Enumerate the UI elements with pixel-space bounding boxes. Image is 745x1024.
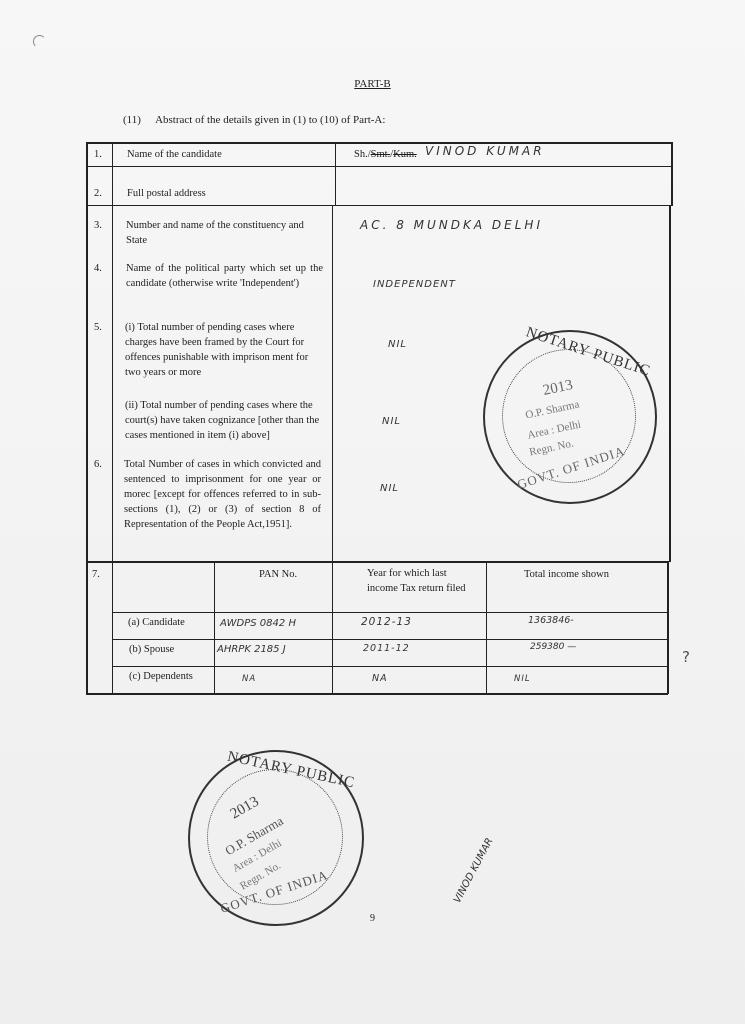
honorific-sh: Sh./ [354, 149, 371, 160]
row-number: 4. [94, 261, 102, 276]
constituency-value: AC. 8 MUNDKA DELHI [360, 218, 543, 232]
convictions-label: Total Number of cases in which convicted… [124, 457, 321, 532]
document-page: PART-B (11) Abstract of the details give… [0, 0, 745, 1024]
honorific-prefix: Sh./Smt./Kum. [354, 147, 417, 162]
candidate-signature: VINOD KUMAR [452, 836, 496, 905]
spouse-tax-year: 2011-12 [363, 643, 410, 654]
margin-question-mark: ? [682, 648, 690, 666]
dependents-row-label: (c) Dependents [129, 669, 193, 684]
row-number: 3. [94, 218, 102, 233]
convictions-value: NIL [380, 483, 399, 494]
constituency-label: Number and name of the constituency and … [126, 218, 326, 248]
notary-stamp: NOTARY PUBLIC 2013 O.P. Sharma Area : De… [483, 330, 657, 504]
notary-stamp-bottom: NOTARY PUBLIC 2013 O.P. Sharma Area : De… [188, 750, 364, 926]
dependents-tax-year: NA [372, 673, 388, 684]
income-header: Total income shown [524, 567, 609, 582]
party-value: INDEPENDENT [373, 279, 456, 290]
party-label: Name of the political party which set up… [126, 261, 323, 291]
row-number: 6. [94, 457, 102, 472]
honorific-smt: Smt. [371, 149, 391, 160]
spouse-income: 259380 — [530, 642, 576, 652]
candidate-row-label: (a) Candidate [128, 615, 185, 630]
row-number: 7. [92, 567, 100, 582]
honorific-kum: Kum. [393, 149, 417, 160]
candidate-income: 1363846- [528, 615, 574, 626]
spouse-pan: AHRPK 2185 J [217, 644, 286, 655]
pan-header: PAN No. [259, 567, 297, 582]
pending-cases-framed-value: NIL [388, 339, 407, 350]
tax-year-header: Year for which last income Tax return fi… [367, 567, 467, 596]
candidate-tax-year: 2012-13 [361, 616, 412, 628]
pending-cases-cognizance-label: (ii) Total number of pending cases where… [125, 398, 325, 443]
pending-cases-framed-label: (i) Total number of pending cases where … [125, 320, 325, 380]
candidate-name-label: Name of the candidate [127, 147, 222, 162]
spouse-row-label: (b) Spouse [129, 642, 174, 657]
section-text: Abstract of the details given in (1) to … [155, 114, 385, 126]
row-number: 2. [94, 186, 102, 201]
row-number: 5. [94, 320, 102, 335]
row-number: 1. [94, 147, 102, 162]
punch-hole-mark [33, 35, 46, 48]
candidate-pan: AWDPS 0842 H [220, 618, 296, 629]
page-number: 9 [370, 913, 375, 924]
dependents-income: NIL [514, 674, 531, 684]
postal-address-label: Full postal address [127, 186, 206, 201]
candidate-name-value: VINOD KUMAR [425, 144, 545, 158]
section-intro: (11) Abstract of the details given in (1… [123, 114, 385, 126]
page-title: PART-B [0, 78, 745, 90]
section-number: (11) [123, 114, 141, 126]
dependents-pan: NA [242, 674, 256, 684]
pending-cases-cognizance-value: NIL [382, 416, 401, 427]
